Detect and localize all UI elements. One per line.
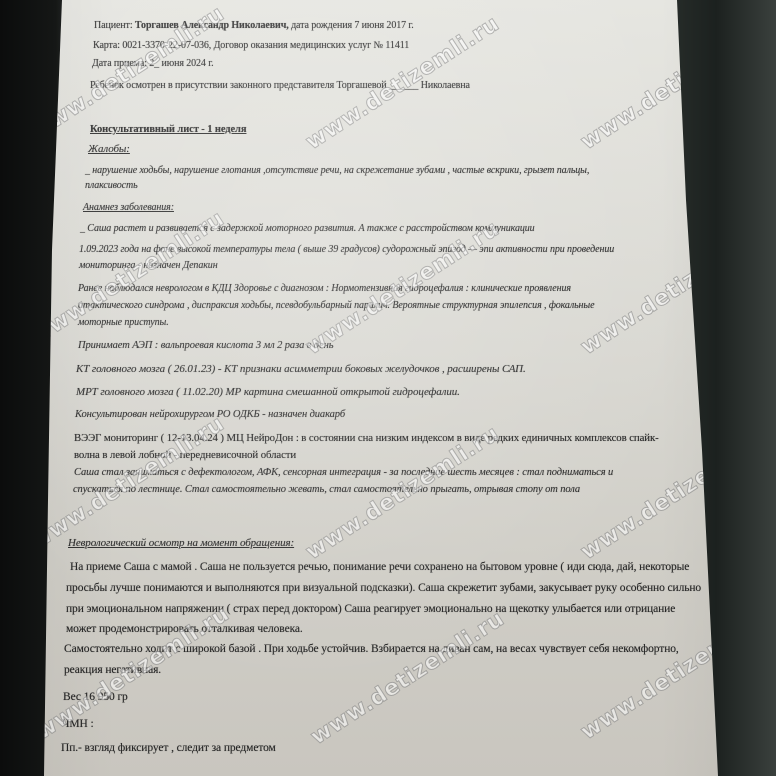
eeg-line: волна в левой лобной - передневисочной о…	[74, 449, 296, 461]
cranial-nerves-line: ЧМН :	[62, 718, 94, 730]
watermark: www.detizemli.ru	[31, 601, 234, 745]
therapy-line: спускаться по лестнице. Стал самостоятел…	[73, 484, 580, 495]
anamnesis-line: мониторинга - назначен Депакин	[79, 260, 218, 271]
neuro-exam-line: На приеме Саша с мамой . Саша не пользуе…	[70, 561, 689, 573]
patient-name: Торгашев Александр Николаевич,	[135, 20, 289, 31]
anamnesis-line: 1.09.2023 года на фоне высокой температу…	[79, 244, 614, 255]
watermark: www.detizemli.ru	[26, 206, 229, 350]
patient-dob: дата рождения 7 июня 2017 г.	[291, 20, 414, 31]
neuro-exam-line: Самостоятельно ходит с широкой базой . П…	[64, 643, 679, 655]
therapy-line: Саша стал заниматься с дефектологом, АФК…	[74, 467, 613, 478]
visit-date-line: Дата приема: 2_ июня 2024 г.	[92, 58, 214, 69]
watermark: www.detizemli.ru	[26, 411, 229, 555]
anamnesis-line: моторные приступы.	[78, 317, 169, 328]
neuro-exam-heading: Неврологический осмотр на момент обращен…	[68, 537, 294, 549]
neuro-exam-line: при эмоциональном напряжении ( страх пер…	[66, 603, 675, 615]
neuro-exam-line: реакция негативная.	[64, 664, 161, 676]
complaints-heading: Жалобы:	[88, 143, 130, 155]
representative-line: Ребенок осмотрен в присутствии законного…	[90, 80, 470, 91]
document-title: Консультативный лист - 1 неделя	[90, 124, 246, 135]
anamnesis-line: Ранее наблюдался неврологом в КДЦ Здоров…	[78, 283, 571, 294]
anamnesis-line: Консультирован нейрохирургом РО ОДКБ - н…	[75, 409, 345, 420]
watermark: www.detizemli.ru	[301, 11, 504, 155]
document-page: Пациент: Торгашев Александр Николаевич, …	[0, 0, 776, 776]
anamnesis-line: КТ головного мозга ( 26.01.23) - КТ приз…	[76, 363, 526, 375]
patient-line: Пациент: Торгашев Александр Николаевич, …	[94, 20, 414, 31]
watermark: www.detizemli.ru	[301, 421, 504, 565]
card-line: Карта: 0021-3370-22-07-036, Договор оказ…	[93, 40, 409, 51]
weight-line: Вес 16 950 гр	[63, 691, 128, 703]
patient-label: Пациент:	[94, 20, 133, 31]
eeg-line: ВЭЭГ мониторинг ( 12-13.04.24 ) МЦ Нейро…	[74, 432, 659, 444]
cranial-nerves-detail-line: Пп.- взгляд фиксирует , следит за предме…	[61, 742, 276, 754]
neuro-exam-line: может продемонстрировать отталкивая чело…	[66, 623, 303, 635]
anamnesis-line: _ Саша растет и развивается с задержкой …	[80, 223, 535, 234]
anamnesis-heading: Анамнез заболевания:	[83, 202, 174, 213]
anamnesis-line: МРТ головного мозга ( 11.02.20) МР карти…	[76, 386, 460, 398]
complaints-line: _ нарушение ходьбы, нарушение глотания ,…	[85, 165, 589, 176]
anamnesis-line: атактического синдрома , диспраксия ходь…	[78, 300, 594, 311]
complaints-line: плаксивость	[85, 180, 138, 191]
watermark: www.detizemli.ru	[301, 216, 504, 360]
neuro-exam-line: просьбы лучше понимаются и выполняются п…	[66, 582, 701, 594]
anamnesis-line: Принимает АЭП : вальпроевая кислота 3 мл…	[78, 340, 333, 351]
watermark: www.detizemli.ru	[306, 606, 509, 750]
